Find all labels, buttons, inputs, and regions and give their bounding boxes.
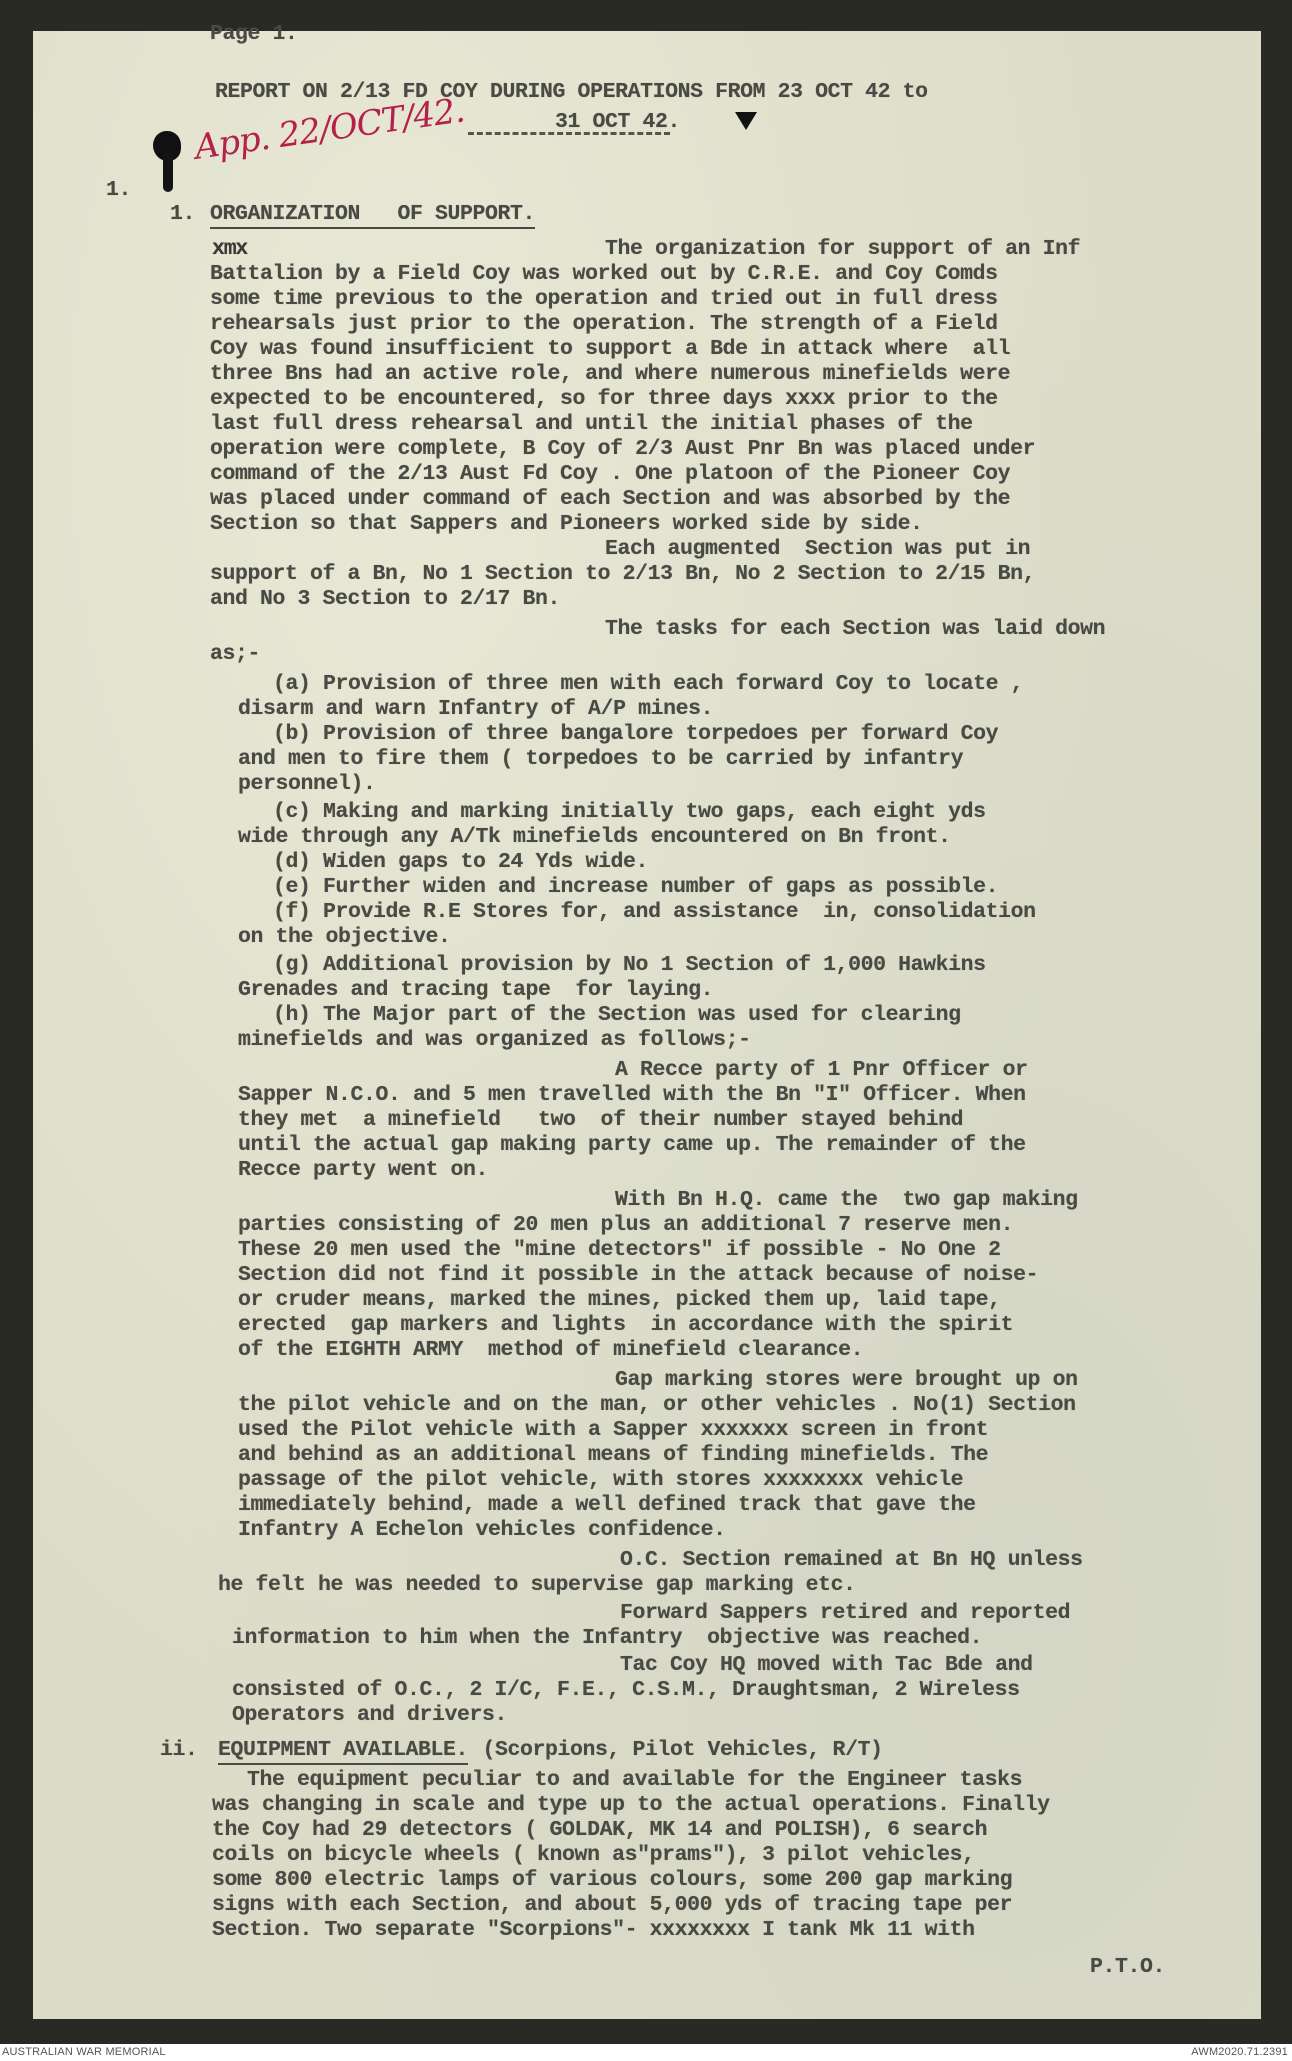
list-item-c: (c) Making and marking initially two gap…	[273, 800, 986, 824]
body-line: Section did not find it possible in the …	[238, 1263, 1038, 1287]
body-line: information to him when the Infantry obj…	[232, 1626, 982, 1650]
body-line: Gap marking stores were brought up on	[615, 1368, 1078, 1392]
section-number: 1.	[170, 202, 195, 226]
body-line: A Recce party of 1 Pnr Officer or	[615, 1058, 1028, 1082]
body-line: Coy was found insufficient to support a …	[210, 337, 1010, 361]
body-line: Grenades and tracing tape for laying.	[238, 978, 713, 1002]
body-line: expected to be encountered, so for three…	[210, 387, 998, 411]
margin-number: 1.	[106, 178, 131, 202]
ink-mark-decoration	[735, 112, 757, 130]
body-line: last full dress rehearsal and until the …	[210, 412, 973, 436]
body-line: signs with each Section, and about 5,000…	[212, 1893, 1012, 1917]
body-line: the pilot vehicle and on the man, or oth…	[238, 1393, 1076, 1417]
body-line: These 20 men used the "mine detectors" i…	[238, 1238, 1001, 1262]
footer-accession-number: AWM2020.71.2391	[1191, 2046, 1288, 2058]
list-item-b: (b) Provision of three bangalore torpedo…	[273, 722, 998, 746]
body-line: the Coy had 29 detectors ( GOLDAK, MK 14…	[212, 1818, 987, 1842]
body-line: With Bn H.Q. came the two gap making	[615, 1188, 1078, 1212]
body-line: was placed under command of each Section…	[210, 487, 1010, 511]
ink-drip-decoration	[163, 152, 173, 192]
body-line: Recce party went on.	[238, 1158, 488, 1182]
body-line: was changing in scale and type up to the…	[212, 1793, 1050, 1817]
body-line: Tac Coy HQ moved with Tac Bde and	[620, 1653, 1033, 1677]
body-line: some 800 electric lamps of various colou…	[212, 1868, 1012, 1892]
page-label: Page 1.	[210, 22, 298, 46]
list-item-h: (h) The Major part of the Section was us…	[273, 1003, 961, 1027]
body-line: Section so that Sappers and Pioneers wor…	[210, 512, 923, 536]
section-heading-equipment: EQUIPMENT AVAILABLE.	[218, 1738, 468, 1765]
body-line: he felt he was needed to supervise gap m…	[218, 1573, 856, 1597]
body-line: until the actual gap making party came u…	[238, 1133, 1026, 1157]
body-line: disarm and warn Infantry of A/P mines.	[238, 697, 713, 721]
title-underline-dashes	[468, 132, 670, 135]
footer-attribution: AUSTRALIAN WAR MEMORIAL	[2, 2046, 166, 2058]
body-line: Operators and drivers.	[232, 1703, 507, 1727]
body-line: and behind as an additional means of fin…	[238, 1443, 988, 1467]
section-number: ii.	[160, 1738, 198, 1762]
body-line: immediately behind, made a well defined …	[238, 1493, 976, 1517]
list-item-e: (e) Further widen and increase number of…	[273, 875, 998, 899]
body-line: used the Pilot vehicle with a Sapper xxx…	[238, 1418, 988, 1442]
section-heading-organization: ORGANIZATION OF SUPPORT.	[210, 202, 535, 229]
body-line: on the objective.	[238, 925, 451, 949]
list-item-f: (f) Provide R.E Stores for, and assistan…	[273, 900, 1036, 924]
body-line: wide through any A/Tk minefields encount…	[238, 825, 951, 849]
please-turn-over: P.T.O.	[1090, 1955, 1165, 1979]
body-line: and No 3 Section to 2/17 Bn.	[210, 587, 560, 611]
body-line: The equipment peculiar to and available …	[247, 1768, 1022, 1792]
body-line: they met a minefield two of their number…	[238, 1108, 963, 1132]
body-line: consisted of O.C., 2 I/C, F.E., C.S.M., …	[232, 1678, 1020, 1702]
body-line: operation were complete, B Coy of 2/3 Au…	[210, 437, 1035, 461]
struck-text: xmx	[212, 237, 247, 261]
body-line: support of a Bn, No 1 Section to 2/13 Bn…	[210, 562, 1035, 586]
body-line: Each augmented Section was put in	[605, 537, 1030, 561]
document-title-line-2: 31 OCT 42.	[555, 110, 680, 134]
body-line: some time previous to the operation and …	[210, 287, 998, 311]
body-line: as;-	[210, 642, 260, 666]
body-line: The organization for support of an Inf	[605, 237, 1080, 261]
footer-bar	[0, 2044, 1292, 2061]
body-line: Section. Two separate "Scorpions"- xxxxx…	[212, 1918, 975, 1942]
document-title-line-1: REPORT ON 2/13 FD COY DURING OPERATIONS …	[215, 80, 928, 104]
list-item-d: (d) Widen gaps to 24 Yds wide.	[273, 850, 648, 874]
body-line: personnel).	[238, 772, 376, 796]
body-line: of the EIGHTH ARMY method of minefield c…	[238, 1338, 863, 1362]
body-line: coils on bicycle wheels ( known as"prams…	[212, 1843, 975, 1867]
body-line: rehearsals just prior to the operation. …	[210, 312, 998, 336]
body-line: erected gap markers and lights in accord…	[238, 1313, 1013, 1337]
body-line: Battalion by a Field Coy was worked out …	[210, 262, 998, 286]
body-line: Forward Sappers retired and reported	[620, 1601, 1070, 1625]
body-line: command of the 2/13 Aust Fd Coy . One pl…	[210, 462, 1010, 486]
body-line: and men to fire them ( torpedoes to be c…	[238, 747, 963, 771]
list-item-a: (a) Provision of three men with each for…	[273, 672, 1023, 696]
body-line: The tasks for each Section was laid down	[605, 617, 1105, 641]
body-line: minefields and was organized as follows;…	[238, 1028, 751, 1052]
body-line: Infantry A Echelon vehicles confidence.	[238, 1518, 726, 1542]
section-heading-suffix: (Scorpions, Pilot Vehicles, R/T)	[470, 1738, 883, 1762]
list-item-g: (g) Additional provision by No 1 Section…	[273, 953, 986, 977]
body-line: or cruder means, marked the mines, picke…	[238, 1288, 1001, 1312]
body-line: three Bns had an active role, and where …	[210, 362, 1010, 386]
body-line: O.C. Section remained at Bn HQ unless	[620, 1548, 1083, 1572]
body-line: passage of the pilot vehicle, with store…	[238, 1468, 963, 1492]
body-line: parties consisting of 20 men plus an add…	[238, 1213, 1013, 1237]
body-line: Sapper N.C.O. and 5 men travelled with t…	[238, 1083, 1026, 1107]
